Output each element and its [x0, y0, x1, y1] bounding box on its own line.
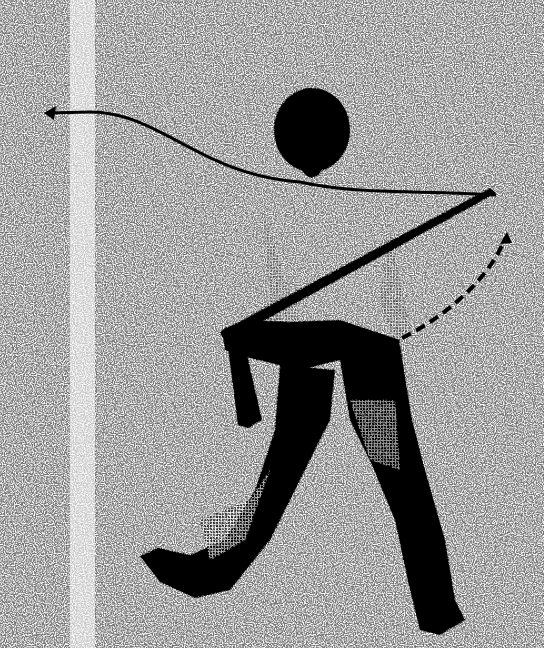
- head: [274, 88, 350, 172]
- photo-stage: Halftone black-and-white photograph of a…: [0, 0, 544, 648]
- halftone-photo: [0, 0, 544, 648]
